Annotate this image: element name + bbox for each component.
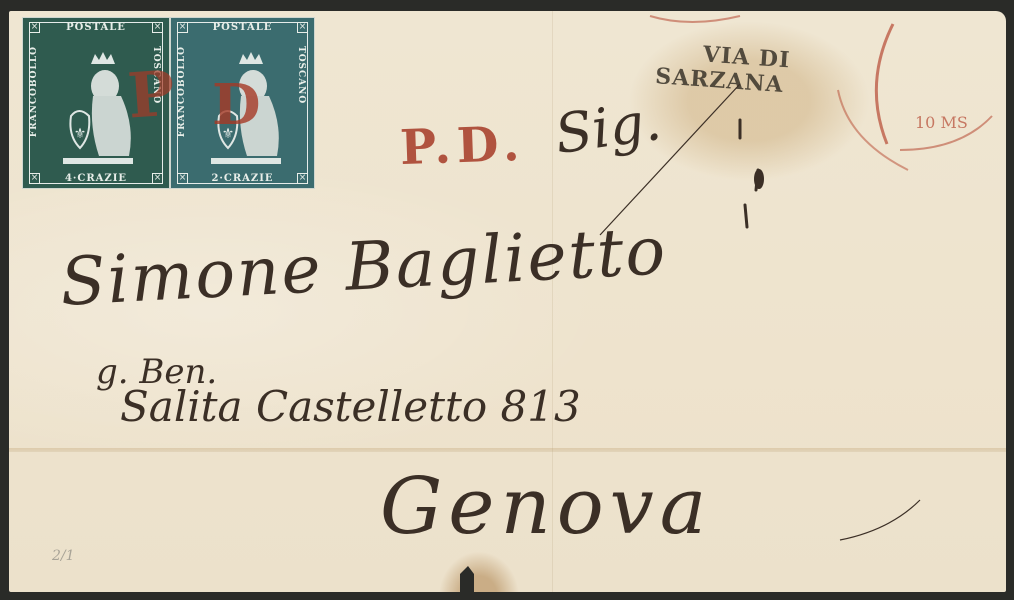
pencil-note: 2/1 [52,548,75,564]
ink-flourishes [0,0,1014,600]
